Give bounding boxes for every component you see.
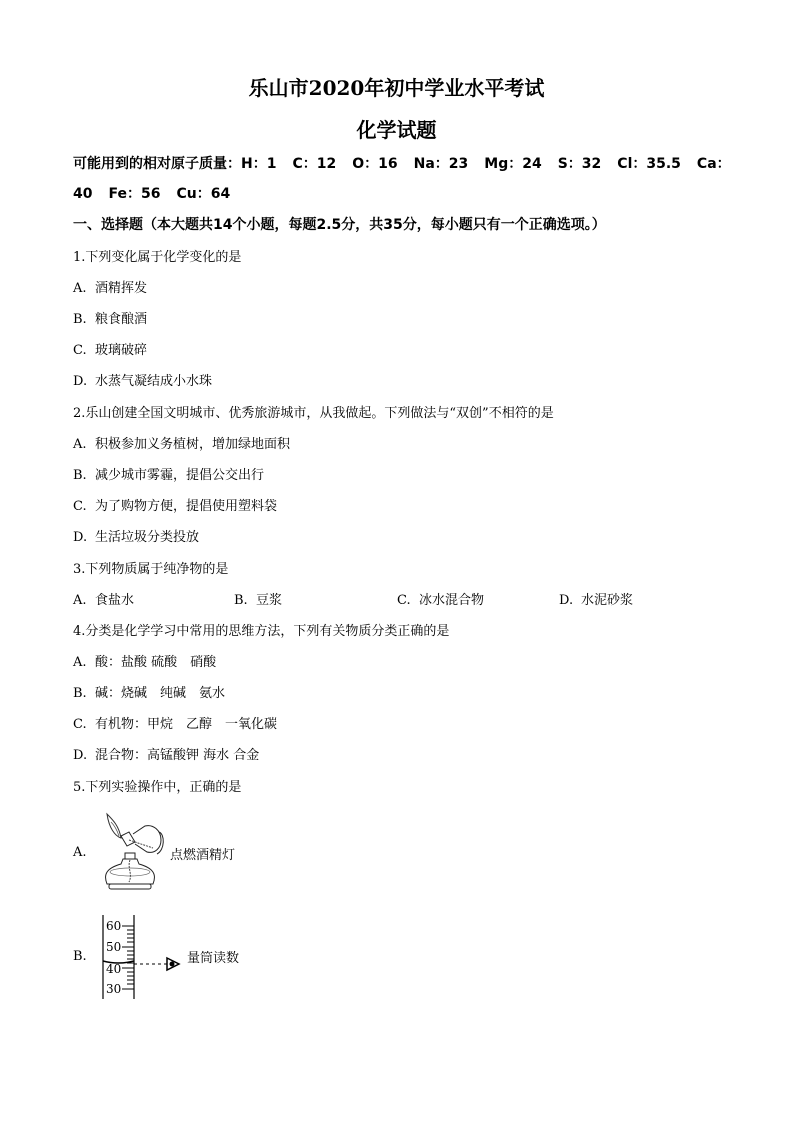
atomic-mass-ca-value: 40 <box>73 186 92 202</box>
question-2-stem: 2.乐山创建全国文明城市、优秀旅游城市，从我做起。下列做法与“双创”不相符的是 <box>73 402 554 421</box>
alcohol-lamp-lighting-figure <box>95 812 175 894</box>
exam-title: 乐山市2020年初中学业水平考试 <box>0 72 793 101</box>
question-2-option-b: B.减少城市雾霾，提倡公交出行 <box>73 464 264 483</box>
question-4-option-c: C.有机物：甲烷 乙醇 一氧化碳 <box>73 713 277 732</box>
atomic-mass-c: C：12 <box>292 156 336 172</box>
question-3-option-d: D.水泥砂浆 <box>559 589 633 608</box>
question-2-option-c: C.为了购物方便，提倡使用塑料袋 <box>73 495 277 514</box>
question-4-option-a: A.酸：盐酸 硫酸 硝酸 <box>73 651 216 670</box>
svg-text:30: 30 <box>106 982 121 996</box>
question-1-stem: 1.下列变化属于化学变化的是 <box>73 246 241 265</box>
atomic-mass-s: S：32 <box>558 156 602 172</box>
atomic-mass-line-1: 可能用到的相对原子质量：H：1C：12O：16Na：23Mg：24S：32Cl：… <box>73 153 731 173</box>
question-3-option-c: C.冰水混合物 <box>397 589 484 608</box>
question-1-option-d: D.水蒸气凝结成小水珠 <box>73 370 212 389</box>
question-2-option-a: A.积极参加义务植树，增加绿地面积 <box>73 433 290 452</box>
question-5-stem: 5.下列实验操作中，正确的是 <box>73 776 241 795</box>
svg-text:40: 40 <box>106 962 121 976</box>
question-4-option-d: D.混合物：高锰酸钾 海水 合金 <box>73 744 259 763</box>
question-3-stem: 3.下列物质属于纯净物的是 <box>73 558 228 577</box>
atomic-mass-h: H：1 <box>241 156 276 172</box>
question-4-option-b: B.碱：烧碱 纯碱 氨水 <box>73 682 225 701</box>
atomic-mass-line-2: 40Fe：56Cu：64 <box>73 183 230 203</box>
question-3-option-b: B.豆浆 <box>234 589 282 608</box>
svg-text:50: 50 <box>106 940 121 954</box>
question-1-option-a: A.酒精挥发 <box>73 277 147 296</box>
question-5-option-a-text: 点燃酒精灯 <box>170 844 235 863</box>
question-1-option-c: C.玻璃破碎 <box>73 339 147 358</box>
exam-subtitle: 化学试题 <box>0 114 793 143</box>
graduated-cylinder-reading-figure: 60 50 40 30 <box>95 915 190 1000</box>
atomic-mass-label: 可能用到的相对原子质量： <box>73 156 241 172</box>
svg-text:60: 60 <box>106 919 121 933</box>
question-3-option-a: A.食盐水 <box>73 589 134 608</box>
atomic-mass-cl: Cl：35.5 <box>617 156 681 172</box>
question-5-option-b-letter: B. <box>73 949 87 964</box>
question-5-option-a-letter: A. <box>73 845 87 860</box>
atomic-mass-ca: Ca： <box>697 156 731 172</box>
question-5-option-b-text: 量筒读数 <box>187 947 239 966</box>
atomic-mass-cu: Cu：64 <box>176 186 230 202</box>
atomic-mass-o: O：16 <box>352 156 397 172</box>
atomic-mass-na: Na：23 <box>414 156 469 172</box>
question-2-option-d: D.生活垃圾分类投放 <box>73 526 199 545</box>
atomic-mass-fe: Fe：56 <box>108 186 160 202</box>
question-1-option-b: B.粮食酿酒 <box>73 308 147 327</box>
section-heading: 一、选择题（本大题共14个小题，每题2.5分，共35分，每小题只有一个正确选项。… <box>73 214 606 234</box>
atomic-mass-mg: Mg：24 <box>484 156 541 172</box>
question-4-stem: 4.分类是化学学习中常用的思维方法，下列有关物质分类正确的是 <box>73 620 449 639</box>
